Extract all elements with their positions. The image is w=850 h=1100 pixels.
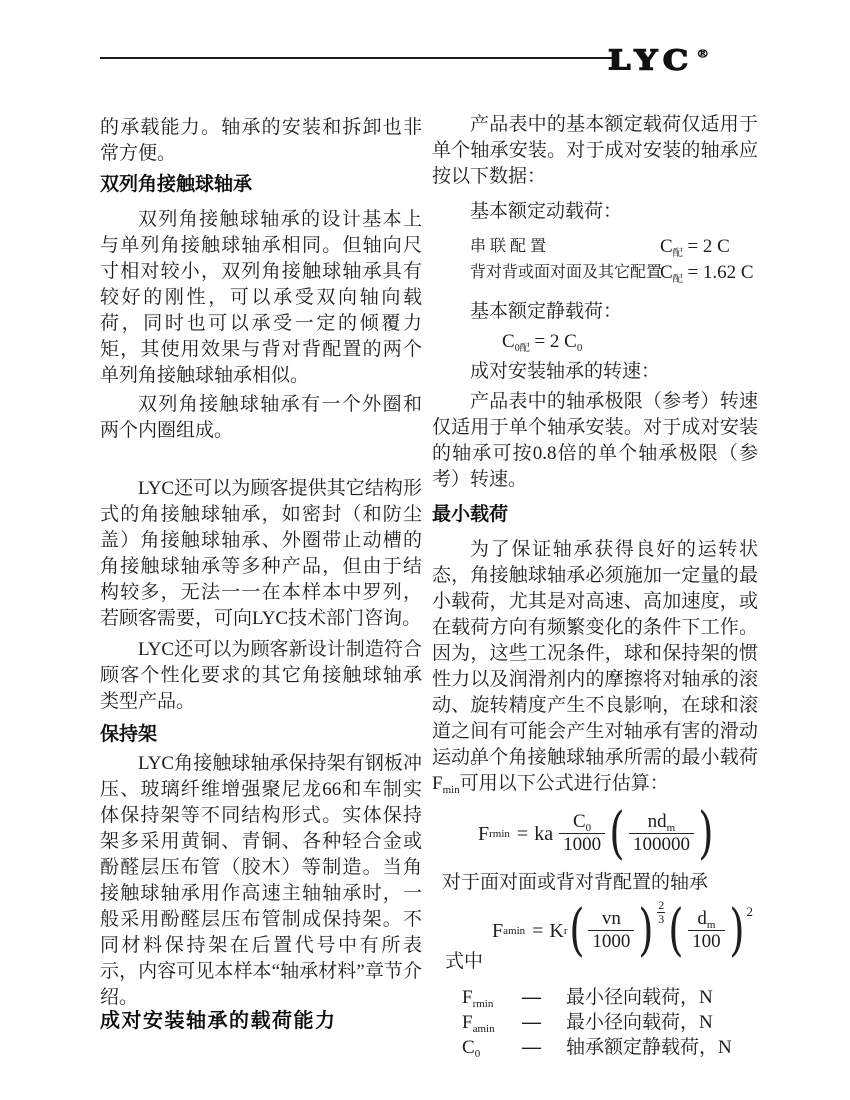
para-rated-load: 产品表中的基本额定载荷仅适用于单个轴承安装。对于成对安装的轴承应按以下数据： [432, 112, 758, 190]
formula-frmin: Frmin = ka C0 1000 ( ndm 100000 ) [478, 810, 715, 858]
equals-sign: = [517, 824, 527, 844]
para-cage: LYC角接触球轴承保持架有钢板冲压、玻璃纤维增强聚尼龙66和车制实体保持架等不同… [100, 751, 422, 1011]
legend-description: 最小径向载荷，N [566, 985, 760, 1010]
back-to-back-config-equation: C配 = 1.62 C [660, 260, 754, 286]
symbol-f: F [462, 987, 473, 1008]
para-rings: 双列角接触球轴承有一个外圈和两个内圈组成。 [100, 392, 422, 444]
exponent-two-thirds: 2 3 [657, 899, 665, 928]
tandem-value: = 2 C [687, 236, 729, 257]
document-page: LYC® 的承载能力。轴承的安装和拆卸也非常方便。 双列角接触球轴承 双列角接触… [0, 0, 850, 1100]
where-label: 式中 [432, 949, 771, 975]
symbol-c: C [573, 811, 586, 832]
exponent-denominator: 3 [658, 913, 664, 927]
eq-static-load: C0配 = 2 C0 [502, 329, 582, 355]
label-dynamic-load: 基本额定动载荷： [432, 199, 796, 225]
intro-paragraph: 的承载能力。轴承的安装和拆卸也非常方便。 [100, 115, 422, 167]
legend-description: 最小径向载荷，N [566, 1010, 760, 1035]
back-to-back-value: = 1.62 C [687, 262, 753, 283]
fraction-dm-100: dm 100 [688, 908, 725, 955]
em-dash: — [522, 1010, 566, 1035]
row-tandem-config: 串联配置 C配 = 2 C [432, 234, 758, 260]
tandem-config-equation: C配 = 2 C [660, 234, 730, 260]
coefficient-ka: ka [534, 824, 553, 844]
para-paired-speed: 产品表中的轴承极限（参考）转速仅适用于单个轴承安装。对于成对安装的轴承可按0.8… [432, 389, 758, 493]
heading-cage: 保持架 [100, 722, 422, 748]
static-load-value: 2 C [550, 331, 577, 352]
equals-sign: = [532, 921, 542, 941]
symbol-c: C [462, 1037, 475, 1058]
em-dash: — [522, 985, 566, 1010]
para-other-structures: LYC还可以为顾客提供其它结构形式的角接触球轴承，如密封（和防尘盖）角接触球轴承… [100, 476, 422, 632]
brand-logo-text: LYC [608, 44, 694, 77]
symbol-legend: Frmin — 最小径向载荷，N Famin — 最小径向载荷，N C0 — 轴… [462, 985, 760, 1060]
em-dash: — [522, 1035, 566, 1060]
equals-sign: = [534, 331, 545, 352]
para-design: 双列角接触球轴承的设计基本上与单列角接触球轴承相同。但轴向尺寸相对较小，双列角接… [100, 207, 422, 389]
right-paren: ) [639, 907, 654, 955]
legend-symbol: Frmin [462, 985, 522, 1010]
fraction-ndm-100000: ndm 100000 [629, 811, 694, 858]
formula-intro-post: 可用以下公式进行估算： [460, 773, 669, 794]
para-face-to-face: 对于面对面或背对背配置的轴承 [432, 870, 768, 896]
subscript-0: 0 [475, 1048, 481, 1060]
subscript-amin: amin [473, 1023, 495, 1035]
symbol-c: C [660, 236, 673, 257]
symbol-frmin: F [478, 824, 489, 844]
subscript-0: 0 [577, 342, 583, 354]
legend-symbol: Famin [462, 1010, 522, 1035]
symbol-c0: C [502, 331, 515, 352]
subscript-pei: 配 [673, 274, 683, 285]
symbol-d: d [697, 908, 707, 929]
header-rule [100, 57, 612, 59]
legend-symbol: C0 [462, 1035, 522, 1060]
right-paren: ) [729, 907, 744, 955]
para-formula-intro: 单个角接触球轴承所需的最小载荷Fmin可用以下公式进行估算： [432, 745, 758, 797]
heading-paired-load-capacity: 成对安装轴承的载荷能力 [100, 1008, 422, 1034]
fraction-numerator: vn [598, 908, 625, 931]
legend-description: 轴承额定静载荷，N [566, 1035, 760, 1060]
left-paren: ( [569, 907, 584, 955]
brand-logo: LYC® [608, 41, 768, 74]
symbol-nd: nd [648, 811, 667, 832]
left-paren: ( [669, 907, 684, 955]
symbol-famin: F [492, 921, 503, 941]
fraction-denominator: 1000 [559, 833, 605, 857]
fraction-vn-1000: vn 1000 [588, 908, 634, 955]
row-back-to-back-config: 背对背或面对面及其它配置 C配 = 1.62 C [432, 260, 758, 286]
label-static-load: 基本额定静载荷： [432, 299, 796, 325]
heading-min-load: 最小载荷 [432, 502, 758, 528]
registered-trademark-icon: ® [696, 48, 709, 61]
left-paren: ( [609, 810, 624, 858]
fraction-numerator: ndm [644, 811, 680, 834]
formula-famin: Famin = Kr ( vn 1000 ) 2 3 ( dm 100 ) 2 [492, 907, 753, 955]
symbol-c: C [660, 262, 673, 283]
subscript-pei: 配 [673, 248, 683, 259]
formula-intro-pre: 单个角接触球轴承所需的最小载荷 [470, 747, 758, 768]
right-paren: ) [698, 810, 713, 858]
exponent-numerator: 2 [657, 899, 665, 914]
subscript-rmin: rmin [473, 998, 494, 1010]
legend-famin: Famin — 最小径向载荷，N [462, 1010, 760, 1035]
subscript-m: m [667, 822, 676, 834]
legend-frmin: Frmin — 最小径向载荷，N [462, 985, 760, 1010]
fraction-c0-1000: C0 1000 [559, 811, 605, 858]
exponent-squared: 2 [746, 905, 753, 918]
coefficient-kr: K [549, 921, 563, 941]
subscript-m: m [707, 919, 716, 931]
para-custom-design: LYC还可以为顾客新设计制造符合顾客个性化要求的其它角接触球轴承类型产品。 [100, 637, 422, 715]
label-paired-speed: 成对安装轴承的转速： [432, 359, 796, 385]
symbol-f: F [462, 1012, 473, 1033]
back-to-back-config-label: 背对背或面对面及其它配置 [470, 260, 662, 286]
para-min-load: 为了保证轴承获得良好的运转状态，角接触球轴承必须施加一定量的最小载荷，尤其是对高… [432, 537, 758, 771]
legend-c0: C0 — 轴承额定静载荷，N [462, 1035, 760, 1060]
heading-double-row-bearings: 双列角接触球轴承 [100, 172, 422, 198]
fraction-denominator: 100000 [629, 833, 694, 857]
fraction-numerator: dm [693, 908, 719, 931]
subscript-0: 0 [586, 822, 592, 834]
subscript-0pei: 0配 [515, 343, 530, 354]
subscript-min: min [443, 784, 460, 796]
tandem-config-label: 串联配置 [470, 234, 550, 260]
symbol-fmin: F [432, 773, 443, 794]
fraction-numerator: C0 [569, 811, 595, 834]
